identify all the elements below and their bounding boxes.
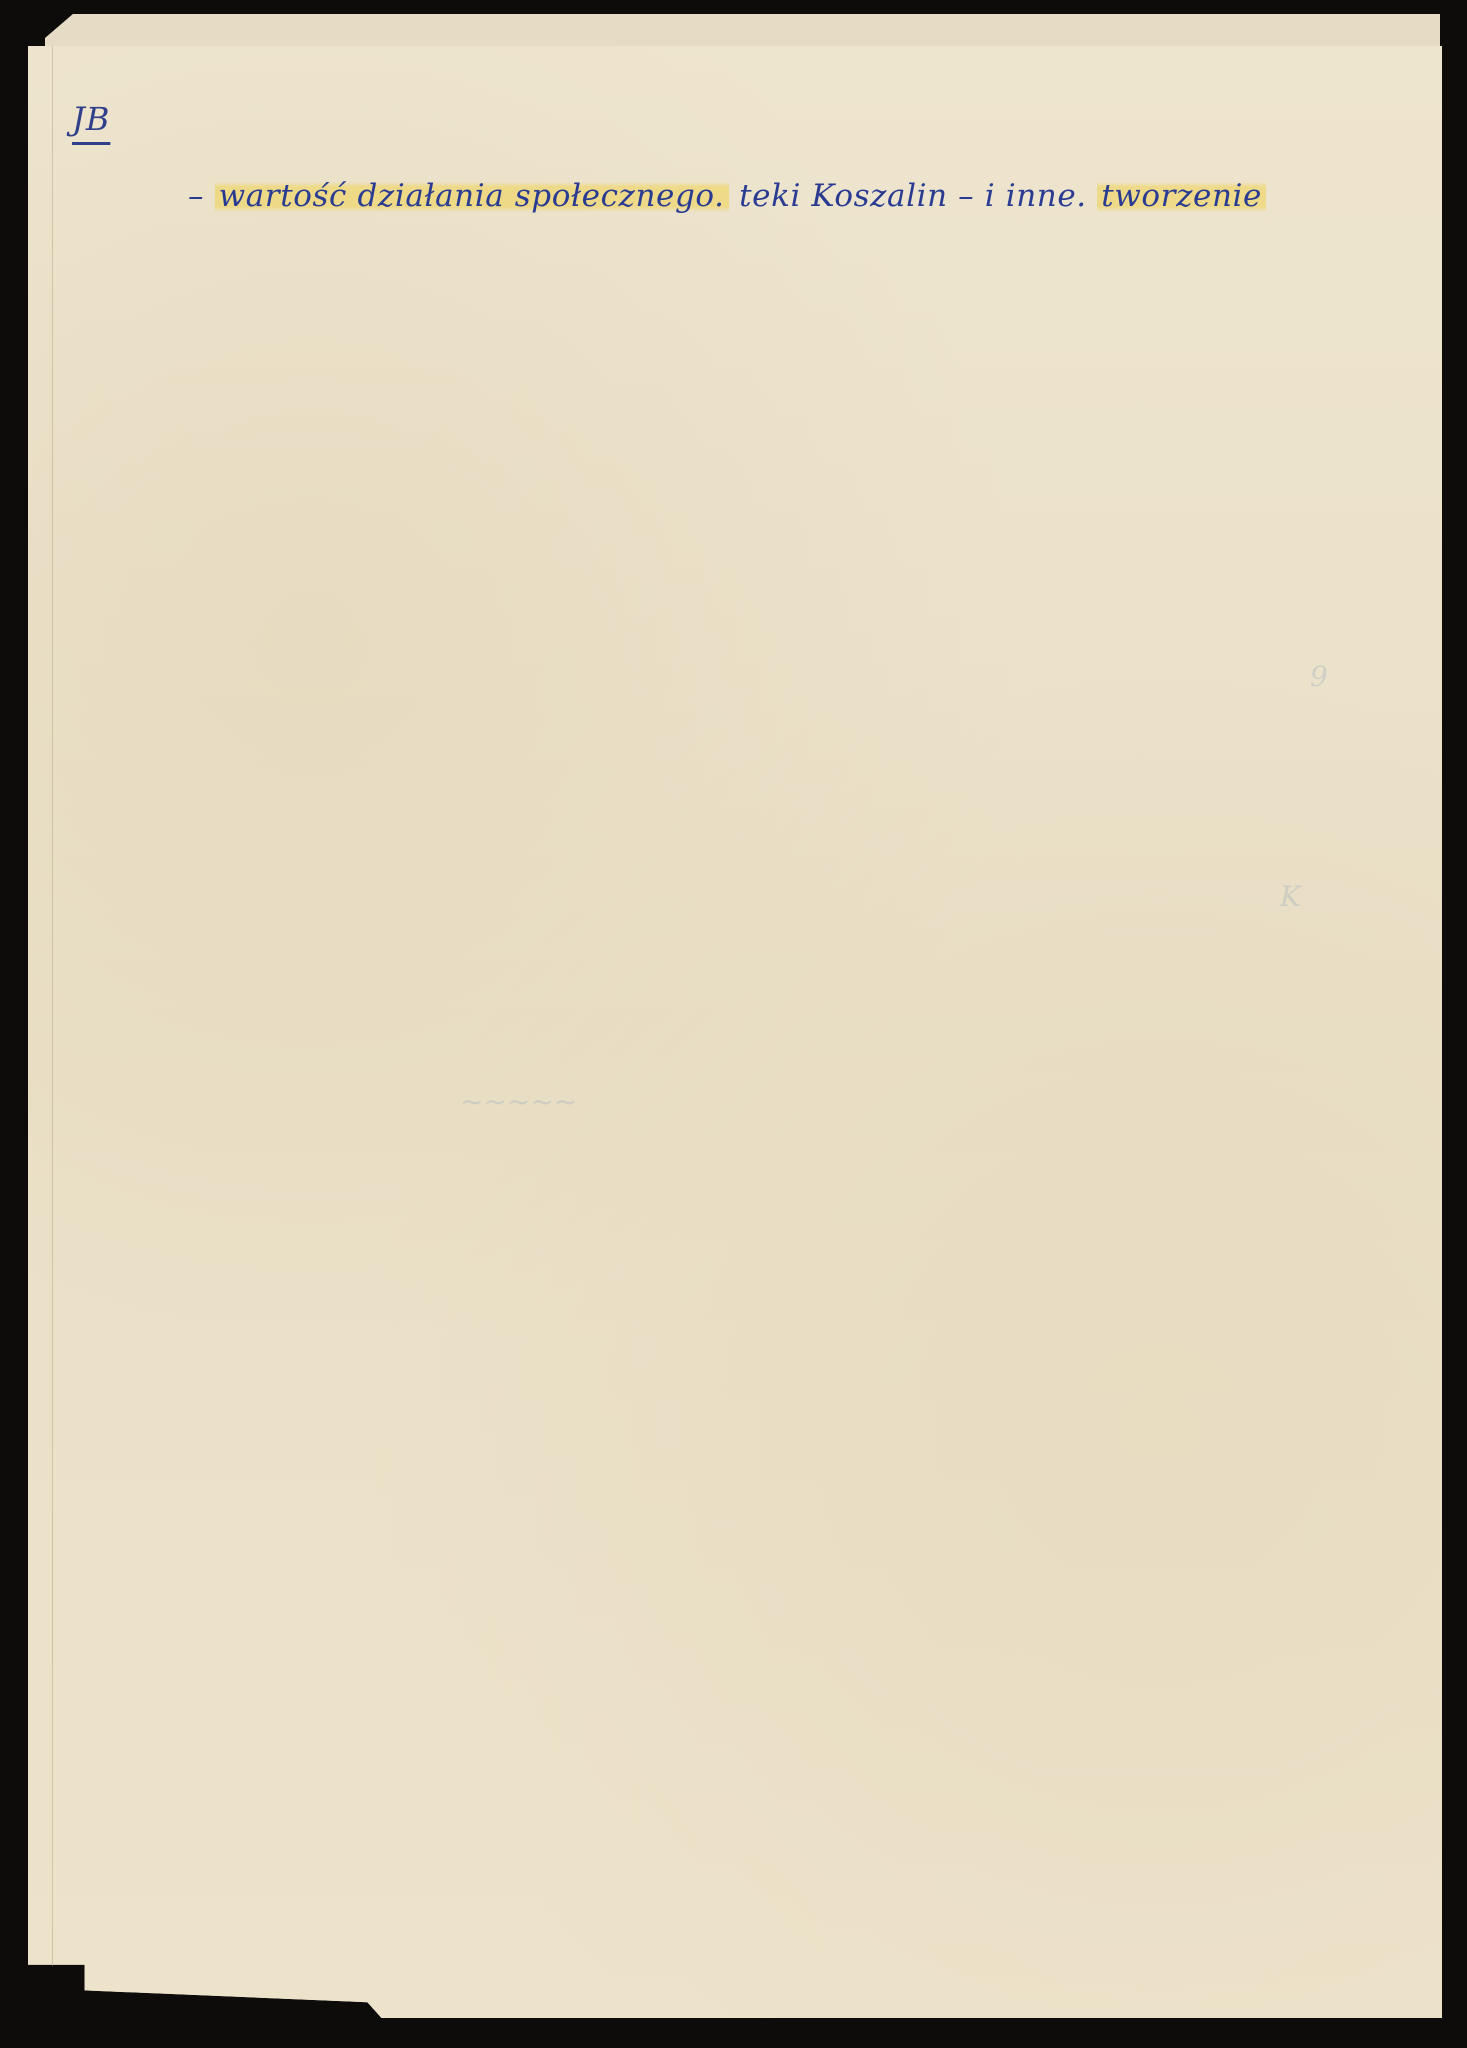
bleed-through-text: ~~~~~ xyxy=(460,1085,577,1118)
sheet-fold-edge xyxy=(28,46,53,1966)
note-line: – wartość działania społecznego. teki Ko… xyxy=(188,178,1266,214)
bleed-through-text: K xyxy=(1280,880,1301,913)
paper-sheet xyxy=(28,46,1442,2018)
highlighted-text: tworzenie xyxy=(1097,178,1266,214)
bleed-through-text: 9 xyxy=(1310,660,1328,693)
highlighted-text: wartość działania społecznego. xyxy=(215,178,729,214)
speaker-label: JB xyxy=(72,100,110,138)
